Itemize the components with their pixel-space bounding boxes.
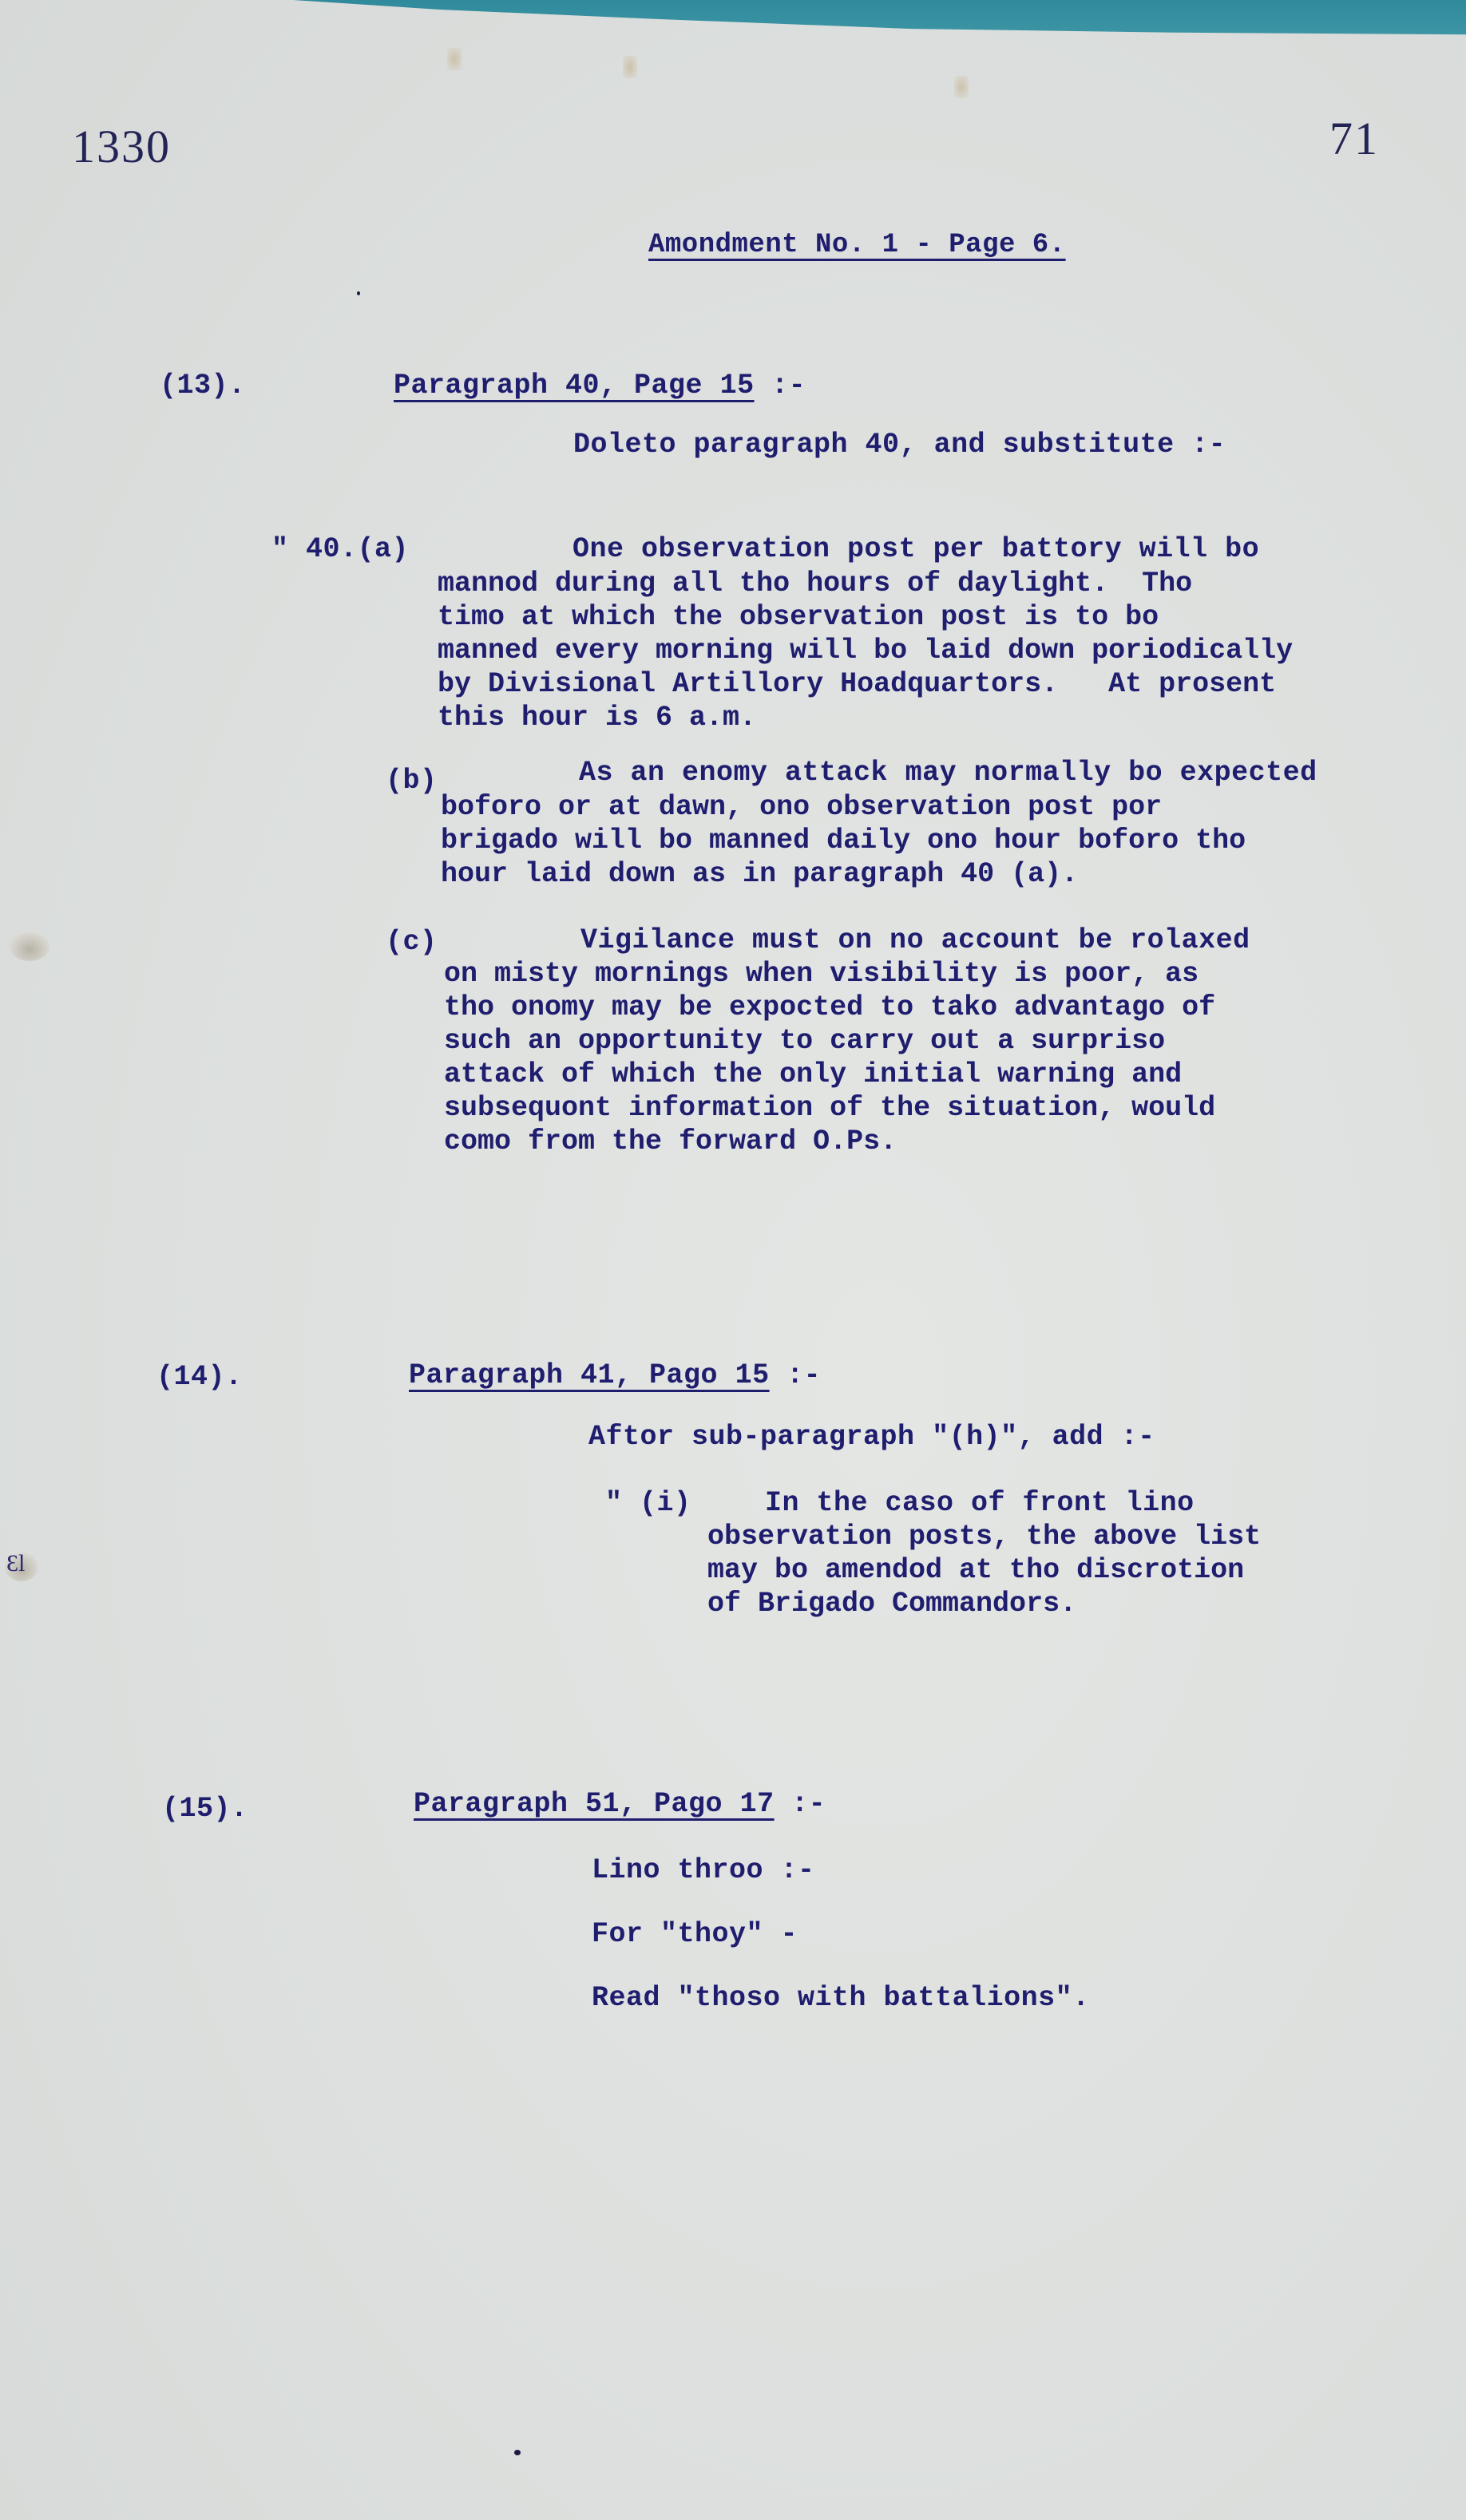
amendment-reference-line: Paragraph 51, Pago 17 :- <box>414 1788 826 1820</box>
paper-stain <box>447 48 462 70</box>
amendment-instruction: Aftor sub-paragraph "(h)", add :- <box>588 1421 1155 1453</box>
reference-suffix: :- <box>770 1359 822 1391</box>
amendment-number: (15). <box>162 1793 248 1825</box>
reference-suffix: :- <box>755 370 806 402</box>
paper-stain <box>954 76 969 98</box>
amendment-line: Lino throo :- <box>592 1854 815 1886</box>
amendment-line: For "thoy" - <box>592 1918 798 1950</box>
text-line: this hour is 6 a.m. <box>438 701 1293 734</box>
subparagraph-label: " 40.(a) <box>271 533 409 565</box>
amendment-reference: Paragraph 41, Pago 15 <box>409 1359 770 1391</box>
text-line: mannod during all tho hours of daylight.… <box>438 567 1293 600</box>
subparagraph-body: observation posts, the above listmay bo … <box>707 1520 1261 1620</box>
subparagraph-label: (c) <box>386 926 438 958</box>
text-line: como from the forward O.Ps. <box>444 1125 1215 1158</box>
ink-speck <box>514 2450 521 2455</box>
subparagraph-line: As an enomy attack may normally bo expec… <box>579 757 1317 789</box>
amendment-reference-line: Paragraph 40, Page 15 :- <box>394 370 806 402</box>
text-line: observation posts, the above list <box>707 1520 1261 1553</box>
paper-stain <box>623 56 637 78</box>
text-line: boforo or at dawn, ono observation post … <box>441 790 1246 824</box>
text-line: tho onomy may be expocted to tako advant… <box>444 991 1215 1024</box>
file-number: 1330 <box>72 120 171 173</box>
text-line: by Divisional Artillory Hoadquartors. At… <box>438 667 1293 701</box>
subparagraph-body: boforo or at dawn, ono observation post … <box>441 790 1246 891</box>
text-line: of Brigado Commandors. <box>707 1587 1261 1620</box>
subparagraph-line: In the caso of front lino <box>765 1487 1195 1519</box>
amendment-reference: Paragraph 51, Pago 17 <box>414 1788 775 1820</box>
amendment-line: Read "thoso with battalions". <box>592 1982 1090 2014</box>
text-line: hour laid down as in paragraph 40 (a). <box>441 857 1246 891</box>
page-number: 71 <box>1329 112 1379 165</box>
text-line: on misty mornings when visibility is poo… <box>444 957 1215 991</box>
amendment-number: (13). <box>160 370 246 402</box>
text-line: manned every morning will bo laid down p… <box>438 634 1293 667</box>
page-title: Amondment No. 1 - Page 6. <box>648 230 1066 260</box>
text-line: subsequont information of the situation,… <box>444 1091 1215 1125</box>
subparagraph-line: Vigilance must on no account be rolaxed <box>580 924 1250 956</box>
text-line: may bo amendod at tho discrotion <box>707 1553 1261 1587</box>
subparagraph-label: " (i) <box>605 1487 691 1519</box>
text-line: attack of which the only initial warning… <box>444 1058 1215 1091</box>
reference-suffix: :- <box>775 1788 826 1820</box>
edge-mark: Ɛl <box>6 1550 25 1577</box>
text-line: such an opportunity to carry out a surpr… <box>444 1024 1215 1058</box>
amendment-reference-line: Paragraph 41, Pago 15 :- <box>409 1359 821 1391</box>
text-line: timo at which the observation post is to… <box>438 600 1293 634</box>
document-page: 1330 71 Amondment No. 1 - Page 6. (13). … <box>0 0 1466 2520</box>
subparagraph-body: mannod during all tho hours of daylight.… <box>438 567 1293 734</box>
amendment-number: (14). <box>157 1361 243 1393</box>
punch-hole <box>10 932 50 961</box>
subparagraph-label: (b) <box>386 765 438 797</box>
amendment-reference: Paragraph 40, Page 15 <box>394 370 755 402</box>
folder-cover-edge <box>0 0 1466 48</box>
ink-speck <box>357 291 360 295</box>
subparagraph-line: One observation post per battory will bo <box>573 533 1259 565</box>
text-line: brigado will bo manned daily ono hour bo… <box>441 824 1246 857</box>
amendment-instruction: Doleto paragraph 40, and substitute :- <box>573 429 1226 461</box>
subparagraph-body: on misty mornings when visibility is poo… <box>444 957 1215 1158</box>
